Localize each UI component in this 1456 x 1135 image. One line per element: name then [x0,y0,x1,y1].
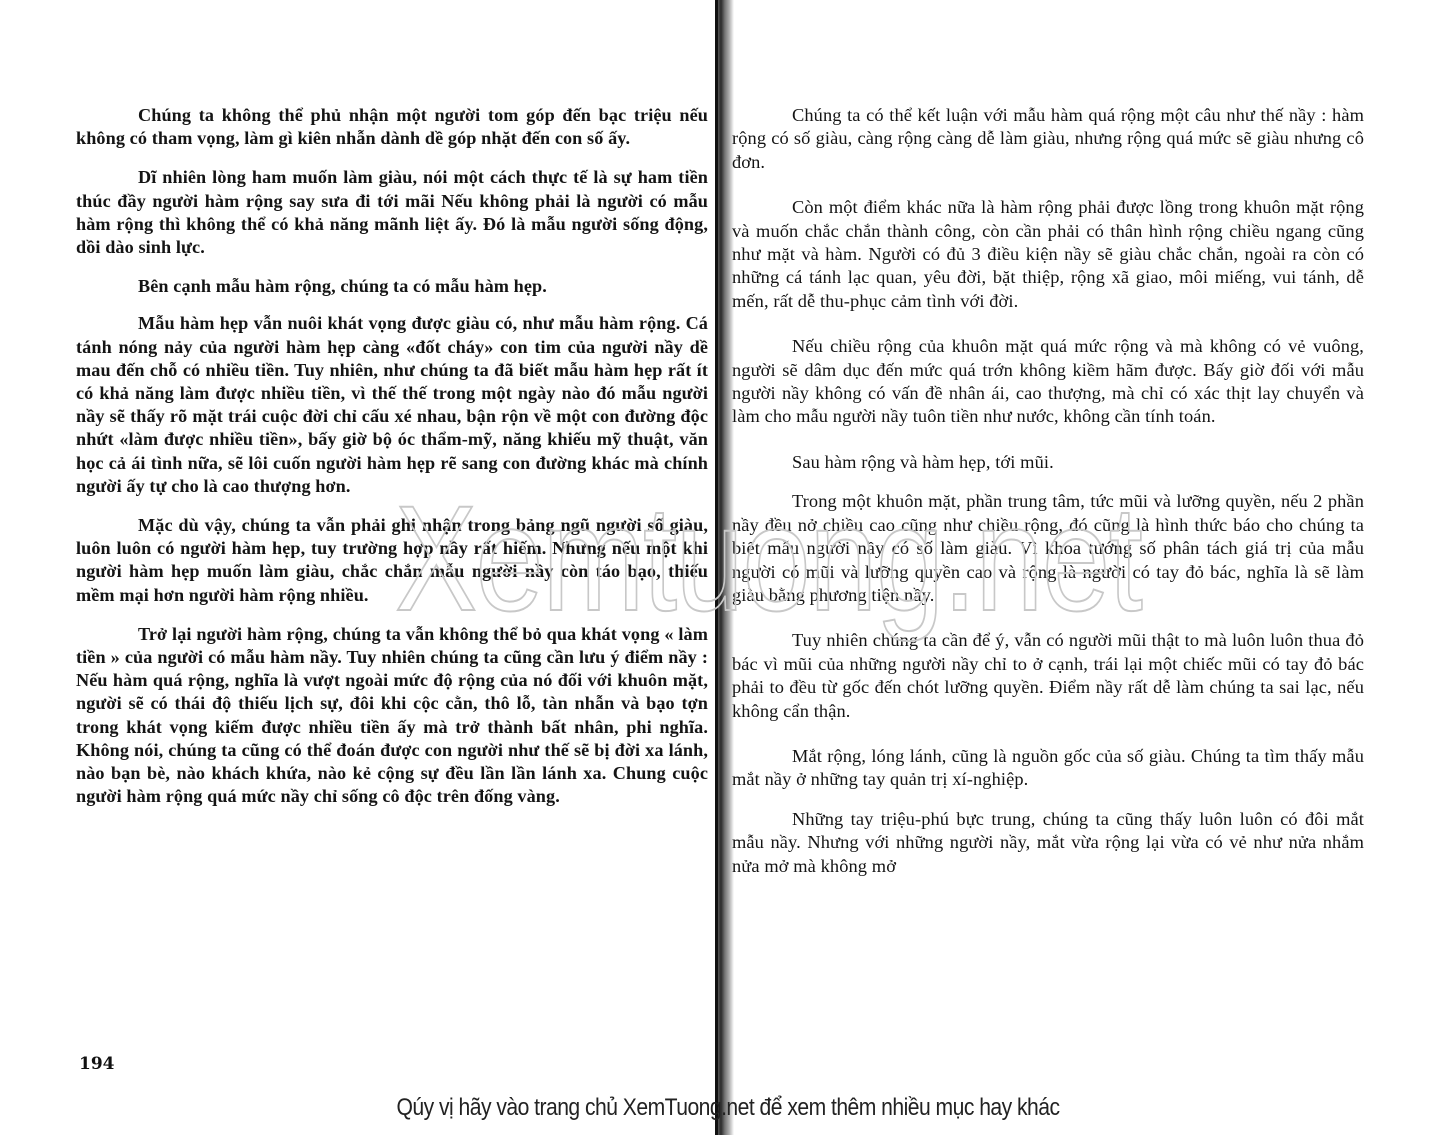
paragraph: Những tay triệu-phú bực trung, chúng ta … [732,808,1364,878]
paragraph: Nếu chiều rộng của khuôn mặt quá mức rộn… [732,335,1364,429]
paragraph: Bên cạnh mẫu hàm rộng, chúng ta có mẫu h… [76,275,708,298]
right-page-text: Chúng ta có thể kết luận với mẫu hàm quá… [732,104,1364,894]
paragraph: Mặc dù vậy, chúng ta vẫn phải ghi nhận t… [76,514,708,607]
paragraph: Dĩ nhiên lòng ham muốn làm giàu, nói một… [76,166,708,259]
left-page-text: Chúng ta không thể phủ nhận một người to… [76,104,708,824]
paragraph: Còn một điểm khác nữa là hàm rộng phải đ… [732,196,1364,313]
right-page: Chúng ta có thể kết luận với mẫu hàm quá… [724,0,1456,1135]
paragraph: Trong một khuôn mặt, phần trung tâm, tức… [732,490,1364,607]
paragraph: Chúng ta có thể kết luận với mẫu hàm quá… [732,104,1364,174]
paragraph: Mắt rộng, lóng lánh, cũng là nguồn gốc c… [732,745,1364,792]
page-number: 194 [79,1054,115,1074]
paragraph: Mẫu hàm hẹp vẫn nuôi khát vọng được giàu… [76,312,708,498]
paragraph: Chúng ta không thể phủ nhận một người to… [76,104,708,150]
footer-note: Qúy vị hãy vào trang chủ XemTuong.net để… [87,1094,1368,1122]
left-page: Chúng ta không thể phủ nhận một người to… [0,0,718,1135]
paragraph: Trở lại người hàm rộng, chúng ta vẫn khô… [76,623,708,809]
paragraph: Tuy nhiên chúng ta cần để ý, vẫn có ngườ… [732,629,1364,723]
paragraph: Sau hàm rộng và hàm hẹp, tới mũi. [732,451,1364,474]
